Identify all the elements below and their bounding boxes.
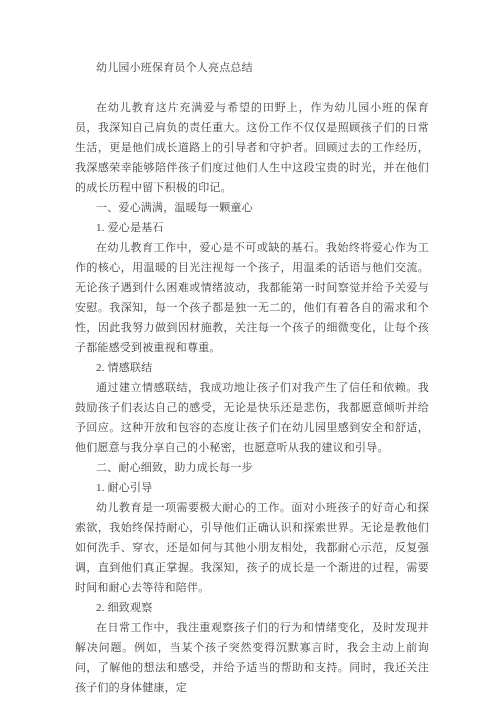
document-body: 幼儿园小班保育员个人亮点总结 在幼儿教育这片充满爱与希望的田野上，作为幼儿园小班… bbox=[75, 58, 429, 698]
paragraph-careful-observation: 在日常工作中，我注重观察孩子们的行为和情绪变化，及时发现并解决问题。例如，当某个… bbox=[75, 618, 429, 698]
section-heading-2: 二、耐心细致，助力成长每一步 bbox=[75, 458, 429, 478]
document-title: 幼儿园小班保育员个人亮点总结 bbox=[75, 58, 429, 78]
sub-heading-2-1: 1. 耐心引导 bbox=[75, 478, 429, 498]
sub-heading-2-2: 2. 细致观察 bbox=[75, 598, 429, 618]
paragraph-patient-guidance: 幼儿教育是一项需要极大耐心的工作。面对小班孩子的好奇心和探索欲，我始终保持耐心，… bbox=[75, 498, 429, 598]
sub-heading-1-1: 1. 爱心是基石 bbox=[75, 218, 429, 238]
document-page: 幼儿园小班保育员个人亮点总结 在幼儿教育这片充满爱与希望的田野上，作为幼儿园小班… bbox=[0, 0, 500, 707]
paragraph-intro: 在幼儿教育这片充满爱与希望的田野上，作为幼儿园小班的保育员，我深知自己肩负的责任… bbox=[75, 98, 429, 198]
paragraph-love-foundation: 在幼儿教育工作中，爱心是不可或缺的基石。我始终将爱心作为工作的核心，用温暖的目光… bbox=[75, 238, 429, 358]
section-heading-1: 一、爱心满满，温暖每一颗童心 bbox=[75, 198, 429, 218]
paragraph-emotional-bond: 通过建立情感联结，我成功地让孩子们对我产生了信任和依赖。我鼓励孩子们表达自己的感… bbox=[75, 378, 429, 458]
sub-heading-1-2: 2. 情感联结 bbox=[75, 358, 429, 378]
